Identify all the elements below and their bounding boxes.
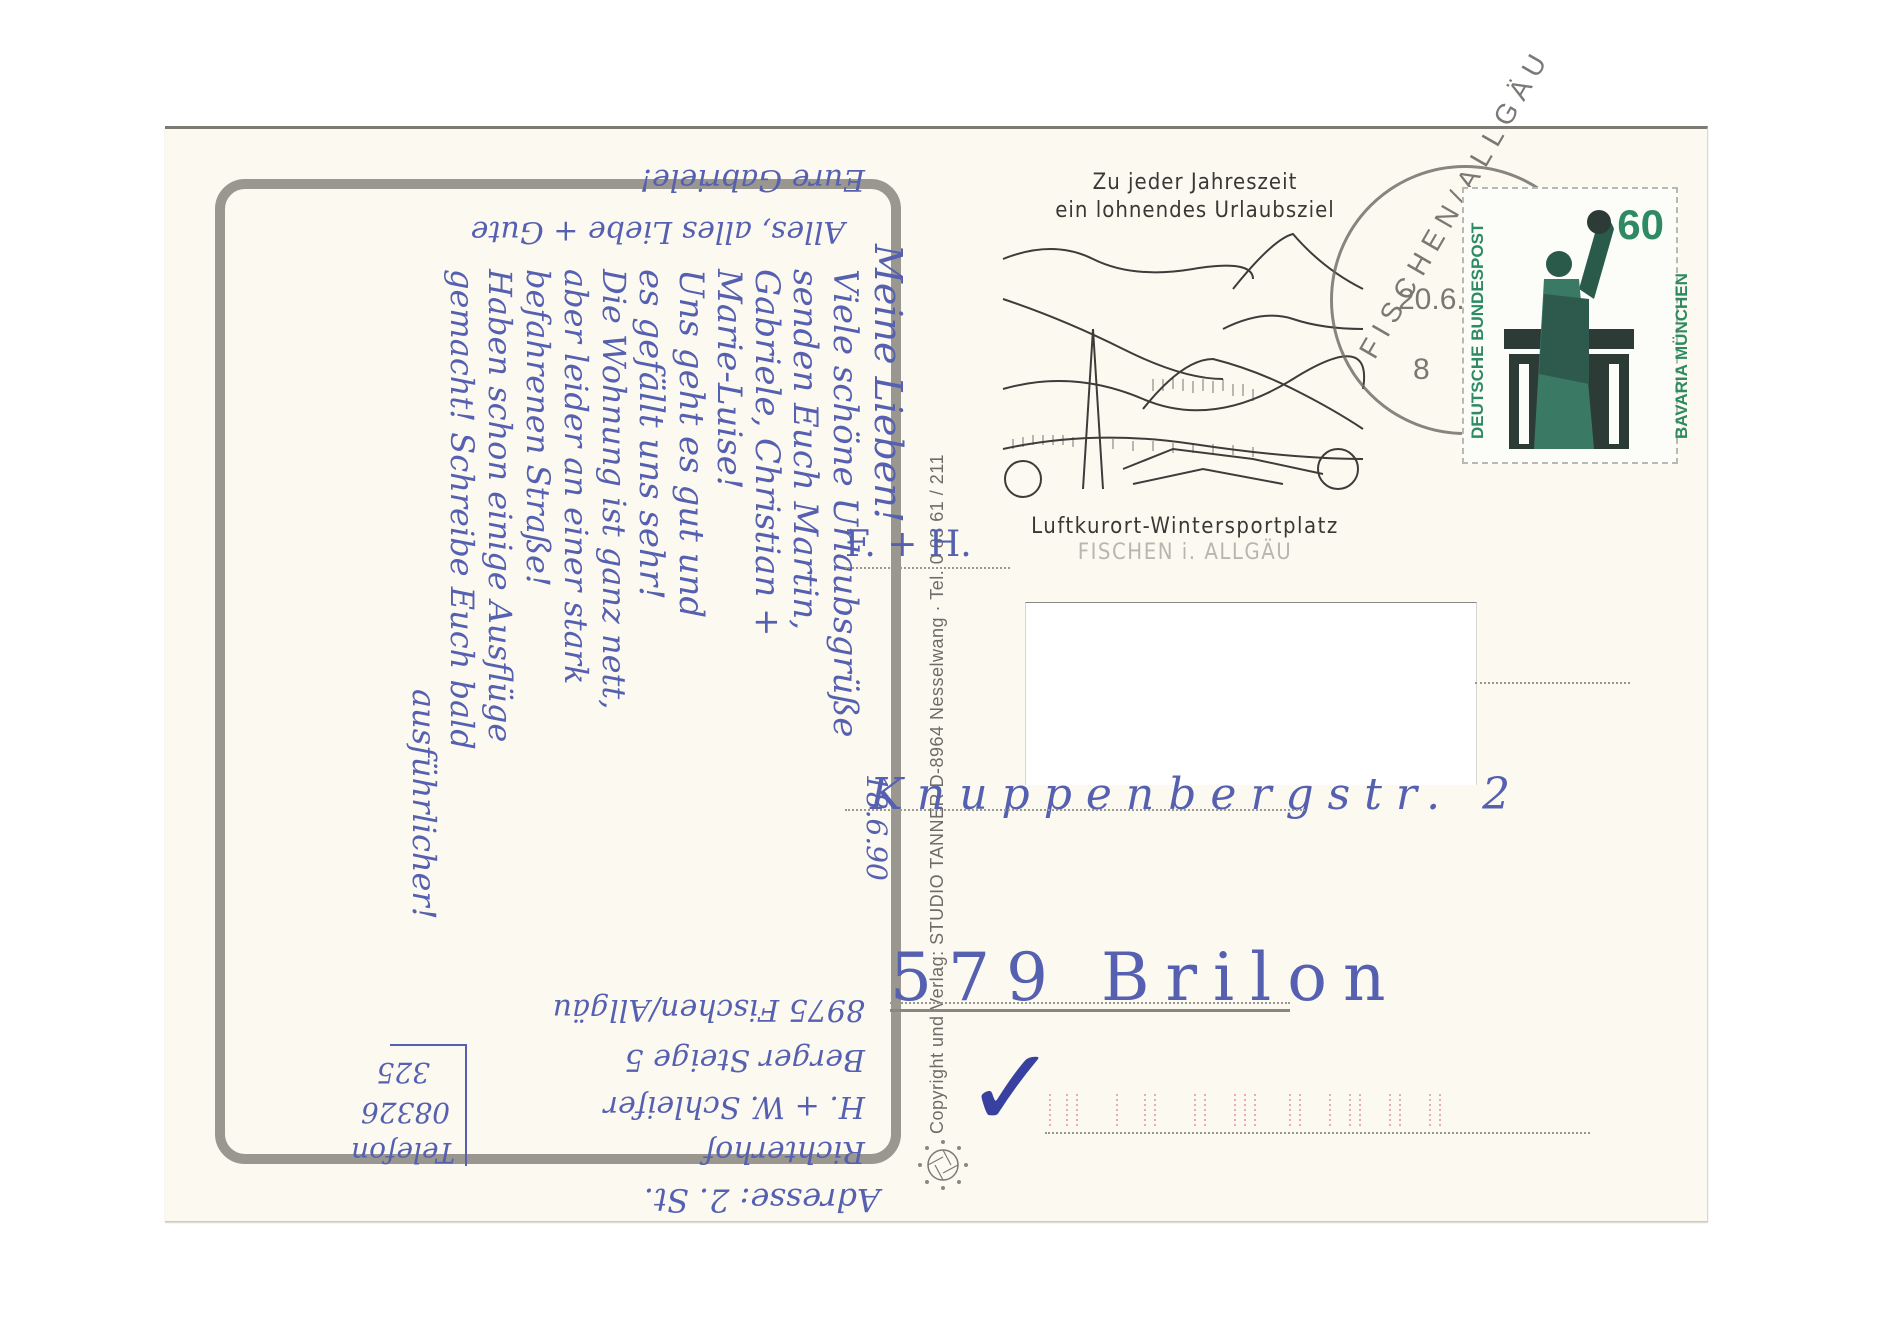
message-line: Gabriele, Christian + <box>747 269 787 637</box>
aperture-logo-icon <box>917 1139 969 1191</box>
message-line: gemacht! Schreibe Euch bald <box>443 269 481 750</box>
stamp-country: DEUTSCHE BUNDESPOST <box>1468 223 1488 439</box>
address-line <box>845 809 1305 811</box>
message-line: Haben schon einige Ausflüge <box>481 269 519 742</box>
message-line: Viele schöne Urlaubsgrüße <box>825 269 865 737</box>
message-line: ausführlicher! <box>405 689 443 920</box>
postal-code-bars <box>1045 1089 1495 1134</box>
postmark-postcode: 8 <box>1413 353 1430 387</box>
return-address-line: H. + W. Schleifer <box>604 1089 865 1124</box>
recipient-name: F. + H. <box>845 524 972 565</box>
message-line: Die Wohnung ist ganz nett, <box>595 269 633 709</box>
recipient-street: Knuppenbergstr. 2 <box>870 769 1524 820</box>
return-address-line: Richterhof <box>704 1134 865 1169</box>
city-underline <box>890 1009 1290 1012</box>
message-line: senden Euch Martin, <box>785 269 825 630</box>
address-line <box>1045 1132 1590 1134</box>
cancel-slogan-line: Zu jeder Jahreszeit <box>1025 169 1365 197</box>
return-address-line: Adresse: 2. St. <box>644 1181 880 1219</box>
address-label-patch <box>1025 602 1477 785</box>
message-line: befahrenen Straße! <box>519 269 557 587</box>
message-line: es gefällt uns sehr! <box>631 269 671 600</box>
closing-line: Eure Gabriele! <box>640 162 865 197</box>
check-mark-icon: ✓ <box>965 1024 1057 1152</box>
message-line: Uns geht es gut und <box>671 269 711 618</box>
stamp-subject: BAVARIA MÜNCHEN <box>1672 273 1692 439</box>
phone-area-code: 08326 <box>361 1096 450 1129</box>
postcard: Eure Gabriele! Alles, alles Liebe + Gute… <box>165 126 1708 1222</box>
postage-stamp: 60 DEUTSCHE BUNDESPOST BAVARIA MÜNCHEN <box>1462 187 1678 464</box>
phone-label: Telefon <box>351 1136 455 1169</box>
cancel-slogan-line: ein lohnendes Urlaubsziel <box>1025 197 1365 225</box>
cancel-bottom-line: FISCHEN i. ALLGÄU <box>985 540 1385 566</box>
address-line <box>890 1002 1290 1004</box>
address-line <box>845 567 1010 569</box>
cancel-slogan: Zu jeder Jahreszeit ein lohnendes Urlaub… <box>1025 169 1365 225</box>
recipient-city: 579 Brilon <box>890 939 1401 1016</box>
message-line: aber leider an einer stark <box>557 269 595 684</box>
address-line <box>1475 682 1630 684</box>
return-address-line: 8975 Fischen/Allgäu <box>553 992 865 1027</box>
cancel-bottom-line: Luftkurort-Wintersportplatz <box>985 514 1385 540</box>
bavaria-statue-icon <box>1499 204 1639 454</box>
phone-number: 325 <box>377 1056 430 1089</box>
mountain-village-illustration <box>993 229 1373 519</box>
return-address-line: Berger Steige 5 <box>624 1042 865 1077</box>
message-line: Marie-Luise! <box>709 269 749 489</box>
message-line: Meine Lieben! <box>866 244 910 523</box>
cancel-bottom-text: Luftkurort-Wintersportplatz FISCHEN i. A… <box>985 514 1385 566</box>
closing-line: Alles, alles Liebe + Gute <box>471 214 845 249</box>
